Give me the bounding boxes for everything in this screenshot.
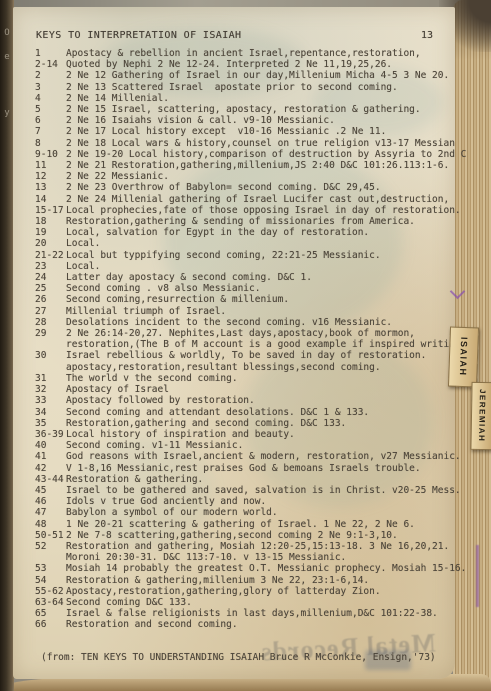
entry-text: Local. <box>66 238 472 249</box>
entry-text: Local but typpifying second coming, 22:2… <box>66 250 472 261</box>
entry-text: Second coming. v1-11 Messianic. <box>66 440 472 451</box>
entry-number: 6 <box>35 115 66 126</box>
entry-text: Israel & false religionists in last days… <box>66 608 472 619</box>
entry-text: 2 Ne 17 Local history except v10-16 Mess… <box>66 126 472 137</box>
entry-text: apostacy,restoration,resultant blessings… <box>66 362 472 373</box>
entry-number: 42 <box>35 463 66 474</box>
entry-text: 2 Ne 7-8 scattering,gathering,second com… <box>66 530 472 541</box>
toc-entry: 62 Ne 16 Isaiahs vision & call. v9-10 Me… <box>35 115 472 126</box>
entry-number: 46 <box>35 496 66 507</box>
entry-number: 29 <box>35 328 66 339</box>
toc-entry: 82 Ne 18 Local wars & history,counsel on… <box>35 138 472 149</box>
entry-number: 2-14 <box>35 59 66 70</box>
toc-entry: 31The world v the second coming. <box>35 373 472 384</box>
toc-entry: 40Second coming. v1-11 Messianic. <box>35 440 472 451</box>
entry-number <box>35 362 66 373</box>
entry-number <box>35 339 66 350</box>
entry-number: 41 <box>35 451 66 462</box>
entry-text: Apostacy of Israel <box>66 384 472 395</box>
toc-entry: 34Second coming and attendant desolation… <box>35 407 472 418</box>
source-citation: (from: TEN KEYS TO UNDERSTANDING ISAIAH … <box>41 652 436 663</box>
entry-text: Second coming . v8 also Messianic. <box>66 283 472 294</box>
entry-text: Latter day apostacy & second coming. D&C… <box>66 272 472 283</box>
entry-number: 33 <box>35 395 66 406</box>
entry-text: Quoted by Nephi 2 Ne 12-24. Interpreted … <box>66 59 472 70</box>
toc-entry: 47Babylon a symbol of our modern world. <box>35 507 472 518</box>
gutter-glyph: O <box>0 28 14 38</box>
toc-entry: 43-44Restoration & gathering. <box>35 474 472 485</box>
entry-text: Millenial triumph of Israel. <box>66 306 472 317</box>
entry-text: 2 Ne 13 Scattered Israel apostate prior … <box>66 82 472 93</box>
entry-number: 54 <box>35 575 66 586</box>
entry-number: 8 <box>35 138 66 149</box>
entry-number: 21-22 <box>35 250 66 261</box>
entry-text: Local, salvation for Egypt in the day of… <box>66 227 472 238</box>
pen-streak-mark <box>476 545 479 607</box>
entry-text: Local. <box>66 261 472 272</box>
binding-gutter: O e y <box>0 0 14 691</box>
entry-text: 2 Ne 19-20 Local history,comparison of d… <box>66 149 472 160</box>
entry-text: Apostacy followed by restoration. <box>66 395 472 406</box>
entry-number: 2 <box>35 70 66 81</box>
toc-entry: 50-512 Ne 7-8 scattering,gathering,secon… <box>35 530 472 541</box>
entry-number: 23 <box>35 261 66 272</box>
toc-entry: 132 Ne 23 Overthrow of Babylon= second c… <box>35 182 472 193</box>
toc-entry: Moroni 20:30-31. D&C 113:7-10. v 13-15 M… <box>35 552 472 563</box>
entry-text: Restoration and gathering, Mosiah 12:20-… <box>66 541 472 552</box>
entry-number: 26 <box>35 294 66 305</box>
toc-entry: 36-39Local history of inspiration and be… <box>35 429 472 440</box>
entry-text: 2 Ne 15 Israel, scattering, apostacy, re… <box>66 104 472 115</box>
entry-number: 43-44 <box>35 474 66 485</box>
entry-text: 2 Ne 12 Gathering of Israel in our day,M… <box>66 70 472 81</box>
entry-number: 14 <box>35 194 66 205</box>
tab-label: JEREMIAH <box>477 389 487 442</box>
entry-number: 20 <box>35 238 66 249</box>
entry-text: Moroni 20:30-31. D&C 113:7-10. v 13-15 M… <box>66 552 472 563</box>
toc-entry: 481 Ne 20-21 scattering & gathering of I… <box>35 519 472 530</box>
entry-text: Restoration & gathering,millenium 3 Ne 2… <box>66 575 472 586</box>
entry-text: 2 Ne 23 Overthrow of Babylon= second com… <box>66 182 472 193</box>
entry-number <box>35 552 66 563</box>
page-title: KEYS TO INTERPRETATION OF ISAIAH <box>36 30 456 41</box>
entry-number: 40 <box>35 440 66 451</box>
entry-text: Second coming and attendant desolations.… <box>66 407 472 418</box>
toc-entry: 52Restoration and gathering, Mosiah 12:2… <box>35 541 472 552</box>
toc-entry: 72 Ne 17 Local history except v10-16 Mes… <box>35 126 472 137</box>
entry-text: 2 Ne 26:14-20,27. Nephites,Last days,apo… <box>66 328 472 339</box>
toc-entry: 46Idols v true God anciently and now. <box>35 496 472 507</box>
toc-entry: 54Restoration & gathering,millenium 3 Ne… <box>35 575 472 586</box>
entry-text: Restoration & gathering. <box>66 474 472 485</box>
entry-number: 25 <box>35 283 66 294</box>
entry-number: 45 <box>35 485 66 496</box>
entry-number: 7 <box>35 126 66 137</box>
index-tab-jeremiah: JEREMIAH <box>470 382 491 450</box>
toc-list: 1Apostacy & rebellion in ancient Israel,… <box>35 48 472 631</box>
toc-entry: 19Local, salvation for Egypt in the day … <box>35 227 472 238</box>
toc-entry: 1Apostacy & rebellion in ancient Israel,… <box>35 48 472 59</box>
entry-number: 50-51 <box>35 530 66 541</box>
toc-entry: 23Local. <box>35 261 472 272</box>
toc-entry: 41God reasons with Israel,ancient & mode… <box>35 451 472 462</box>
entry-text: Restoration,gathering and second coming.… <box>66 418 472 429</box>
toc-entry: 20Local. <box>35 238 472 249</box>
entry-number: 32 <box>35 384 66 395</box>
entry-number: 31 <box>35 373 66 384</box>
entry-number: 4 <box>35 93 66 104</box>
entry-text: 2 Ne 21 Restoration,gathering,millenium,… <box>66 160 472 171</box>
entry-number: 47 <box>35 507 66 518</box>
entry-number: 28 <box>35 317 66 328</box>
entry-text: Second coming,resurrection & millenium. <box>66 294 472 305</box>
gutter-glyph: y <box>0 108 14 118</box>
photo-of-book-page: { "page": { "header": { "title": "KEYS T… <box>0 0 491 691</box>
entry-number: 1 <box>35 48 66 59</box>
entry-text: 2 Ne 22 Messianic. <box>66 171 472 182</box>
entry-number: 15-17 <box>35 205 66 216</box>
entry-text: 2 Ne 18 Local wars & history,counsel on … <box>66 138 472 149</box>
tab-label: ISAIAH <box>458 337 469 377</box>
ghost-showthrough-text: Metal Records <box>207 626 488 671</box>
entry-text: God reasons with Israel,ancient & modern… <box>66 451 472 462</box>
entry-text: 1 Ne 20-21 scattering & gathering of Isr… <box>66 519 472 530</box>
entry-number: 65 <box>35 608 66 619</box>
entry-number: 36-39 <box>35 429 66 440</box>
entry-text: Apostacy,restoration,gathering,glory of … <box>66 586 472 597</box>
entry-number: 5 <box>35 104 66 115</box>
entry-number: 13 <box>35 182 66 193</box>
entry-text: V 1-8,16 Messianic,rest praises God & be… <box>66 463 472 474</box>
entry-text: Idols v true God anciently and now. <box>66 496 472 507</box>
toc-entry: 33Apostacy followed by restoration. <box>35 395 472 406</box>
toc-entry: 32Apostacy of Israel <box>35 384 472 395</box>
toc-entry: 52 Ne 15 Israel, scattering, apostacy, r… <box>35 104 472 115</box>
entry-number: 24 <box>35 272 66 283</box>
entry-text: Apostacy & rebellion in ancient Israel,r… <box>66 48 472 59</box>
toc-entry: 142 Ne 24 Millenial gathering of Israel … <box>35 194 472 205</box>
entry-number: 30 <box>35 350 66 361</box>
toc-entry: 18Restoration,gathering & sending of mis… <box>35 216 472 227</box>
toc-entry: 66Restoration and second coming. <box>35 619 472 630</box>
toc-entry: 122 Ne 22 Messianic. <box>35 171 472 182</box>
toc-entry: 9-102 Ne 19-20 Local history,comparison … <box>35 149 472 160</box>
toc-entry: 32 Ne 13 Scattered Israel apostate prior… <box>35 82 472 93</box>
toc-entry: apostacy,restoration,resultant blessings… <box>35 362 472 373</box>
entry-text: 2 Ne 14 Millenial. <box>66 93 472 104</box>
toc-entry: 45Israel to be gathered and saved, salva… <box>35 485 472 496</box>
entry-text: The world v the second coming. <box>66 373 472 384</box>
toc-entry: 42 Ne 14 Millenial. <box>35 93 472 104</box>
entry-number: 34 <box>35 407 66 418</box>
entry-number: 9-10 <box>35 149 66 160</box>
entry-text: Restoration and second coming. <box>66 619 472 630</box>
toc-entry: 53Mosiah 14 probably the greatest O.T. M… <box>35 563 472 574</box>
entry-text: Israel rebellious & worldly, To be saved… <box>66 350 472 361</box>
toc-entry: 28Desolations incident to the second com… <box>35 317 472 328</box>
toc-entry: 112 Ne 21 Restoration,gathering,milleniu… <box>35 160 472 171</box>
toc-entry: 30Israel rebellious & worldly, To be sav… <box>35 350 472 361</box>
toc-entry: 24Latter day apostacy & second coming. D… <box>35 272 472 283</box>
entry-number: 63-64 <box>35 597 66 608</box>
toc-entry: 63-64Second coming D&C 133. <box>35 597 472 608</box>
entry-number: 55-62 <box>35 586 66 597</box>
entry-number: 48 <box>35 519 66 530</box>
toc-entry: 292 Ne 26:14-20,27. Nephites,Last days,a… <box>35 328 472 339</box>
page-number: 13 <box>421 30 433 41</box>
entry-text: 2 Ne 24 Millenial gathering of Israel Lu… <box>66 194 472 205</box>
entry-text: Second coming D&C 133. <box>66 597 472 608</box>
entry-text: Local prophecies,fate of those opposing … <box>66 205 472 216</box>
toc-entry: restoration,(The B of M account is a goo… <box>35 339 472 350</box>
entry-number: 11 <box>35 160 66 171</box>
toc-entry: 21-22Local but typpifying second coming,… <box>35 250 472 261</box>
toc-entry: 25Second coming . v8 also Messianic. <box>35 283 472 294</box>
entry-text: Mosiah 14 probably the greatest O.T. Mes… <box>66 563 472 574</box>
gutter-glyph: e <box>0 52 14 62</box>
entry-number: 3 <box>35 82 66 93</box>
toc-entry: 22 Ne 12 Gathering of Israel in our day,… <box>35 70 472 81</box>
index-tab-isaiah: ISAIAH <box>448 327 479 388</box>
toc-entry: 2-14Quoted by Nephi 2 Ne 12-24. Interpre… <box>35 59 472 70</box>
entry-number: 12 <box>35 171 66 182</box>
toc-entry: 15-17Local prophecies,fate of those oppo… <box>35 205 472 216</box>
entry-number: 19 <box>35 227 66 238</box>
entry-text: Babylon a symbol of our modern world. <box>66 507 472 518</box>
entry-text: Restoration,gathering & sending of missi… <box>66 216 472 227</box>
toc-entry: 65Israel & false religionists in last da… <box>35 608 472 619</box>
entry-number: 66 <box>35 619 66 630</box>
entry-number: 27 <box>35 306 66 317</box>
entry-number: 53 <box>35 563 66 574</box>
entry-text: restoration,(The B of M account is a goo… <box>66 339 472 350</box>
typewritten-page: Metal Records KEYS TO INTERPRETATION OF … <box>13 7 455 679</box>
entry-text: 2 Ne 16 Isaiahs vision & call. v9-10 Mes… <box>66 115 472 126</box>
entry-text: Desolations incident to the second comin… <box>66 317 472 328</box>
toc-entry: 55-62Apostacy,restoration,gathering,glor… <box>35 586 472 597</box>
entry-number: 52 <box>35 541 66 552</box>
entry-number: 18 <box>35 216 66 227</box>
entry-number: 35 <box>35 418 66 429</box>
entry-text: Local history of inspiration and beauty. <box>66 429 472 440</box>
toc-entry: 27Millenial triumph of Israel. <box>35 306 472 317</box>
entry-text: Israel to be gathered and saved, salvati… <box>66 485 472 496</box>
toc-entry: 35Restoration,gathering and second comin… <box>35 418 472 429</box>
toc-entry: 42V 1-8,16 Messianic,rest praises God & … <box>35 463 472 474</box>
toc-entry: 26Second coming,resurrection & millenium… <box>35 294 472 305</box>
